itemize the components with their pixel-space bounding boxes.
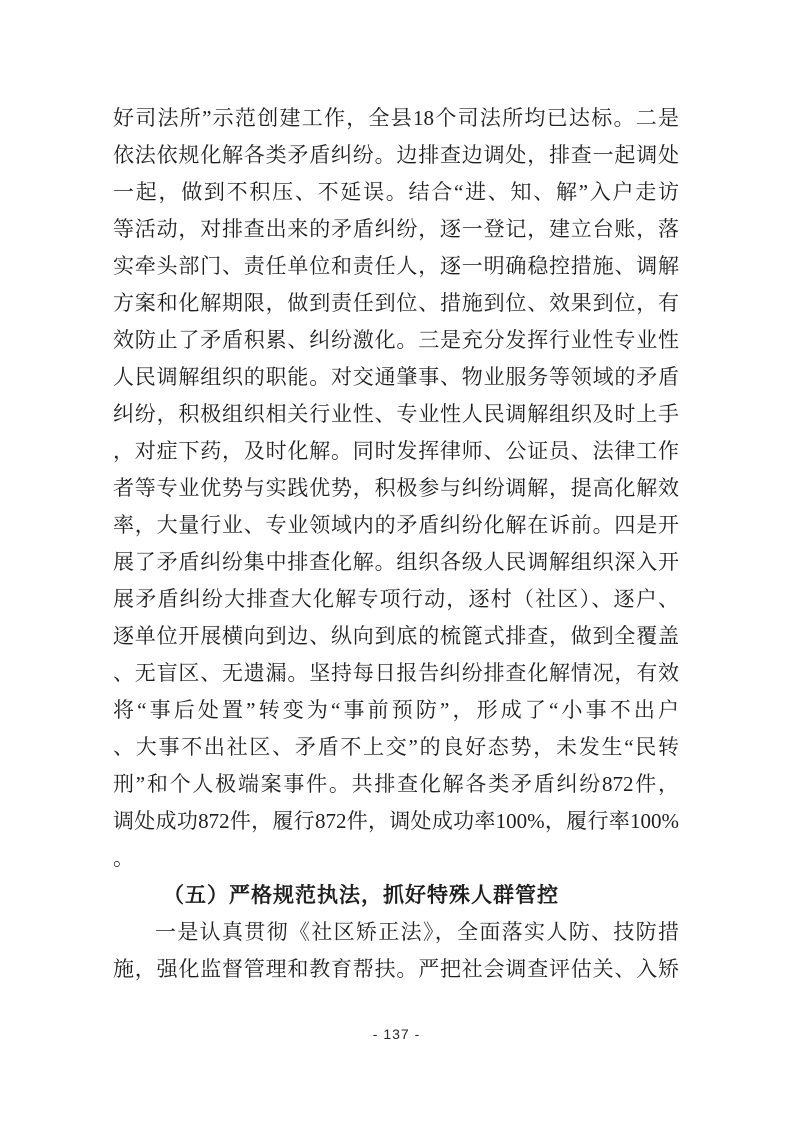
body-text-line: 将“事后处置”转变为“事前预防”，形成了“小事不出户 (113, 692, 679, 729)
body-text-line: 展了矛盾纠纷集中排查化解。组织各级人民调解组织深入开 (113, 544, 679, 581)
body-text-line: 。 (113, 840, 679, 877)
body-text-line: 一起，做到不积压、不延误。结合“进、知、解”入户走访 (113, 174, 679, 211)
body-text-line: 一是认真贯彻《社区矫正法》，全面落实人防、技防措 (113, 914, 679, 951)
text-block: 好司法所”示范创建工作，全县18个司法所均已达标。二是 依法依规化解各类矛盾纠纷… (113, 100, 679, 988)
document-page: 好司法所”示范创建工作，全县18个司法所均已达标。二是 依法依规化解各类矛盾纠纷… (0, 0, 793, 1122)
page-number: - 137 - (0, 1026, 793, 1042)
section-heading: （五）严格规范执法，抓好特殊人群管控 (113, 877, 679, 914)
body-text-line: 实牵头部门、责任单位和责任人，逐一明确稳控措施、调解 (113, 248, 679, 285)
body-text-line: 率，大量行业、专业领域内的矛盾纠纷化解在诉前。四是开 (113, 507, 679, 544)
body-text-line: 方案和化解期限，做到责任到位、措施到位、效果到位，有 (113, 285, 679, 322)
body-text-line: 等活动，对排查出来的矛盾纠纷，逐一登记，建立台账，落 (113, 211, 679, 248)
body-text-line: ，对症下药，及时化解。同时发挥律师、公证员、法律工作 (113, 433, 679, 470)
body-text-line: 人民调解组织的职能。对交通肇事、物业服务等领域的矛盾 (113, 359, 679, 396)
body-text-line: 纠纷，积极组织相关行业性、专业性人民调解组织及时上手 (113, 396, 679, 433)
body-text-line: 、大事不出社区、矛盾不上交”的良好态势，未发生“民转 (113, 729, 679, 766)
body-text-line: 好司法所”示范创建工作，全县18个司法所均已达标。二是 (113, 100, 679, 137)
body-text-line: 展矛盾纠纷大排查大化解专项行动，逐村（社区）、逐户、 (113, 581, 679, 618)
body-text-line: 刑”和个人极端案事件。共排查化解各类矛盾纠纷872件， (113, 766, 679, 803)
body-text-line: 、无盲区、无遗漏。坚持每日报告纠纷排查化解情况，有效 (113, 655, 679, 692)
body-text-line: 效防止了矛盾积累、纠纷激化。三是充分发挥行业性专业性 (113, 322, 679, 359)
body-text-line: 调处成功872件，履行872件，调处成功率100%，履行率100% (113, 803, 679, 840)
body-text-line: 逐单位开展横向到边、纵向到底的梳篦式排查，做到全覆盖 (113, 618, 679, 655)
body-text-line: 依法依规化解各类矛盾纠纷。边排查边调处，排查一起调处 (113, 137, 679, 174)
body-text-line: 者等专业优势与实践优势，积极参与纠纷调解，提高化解效 (113, 470, 679, 507)
body-text-line: 施，强化监督管理和教育帮扶。严把社会调查评估关、入矫 (113, 951, 679, 988)
